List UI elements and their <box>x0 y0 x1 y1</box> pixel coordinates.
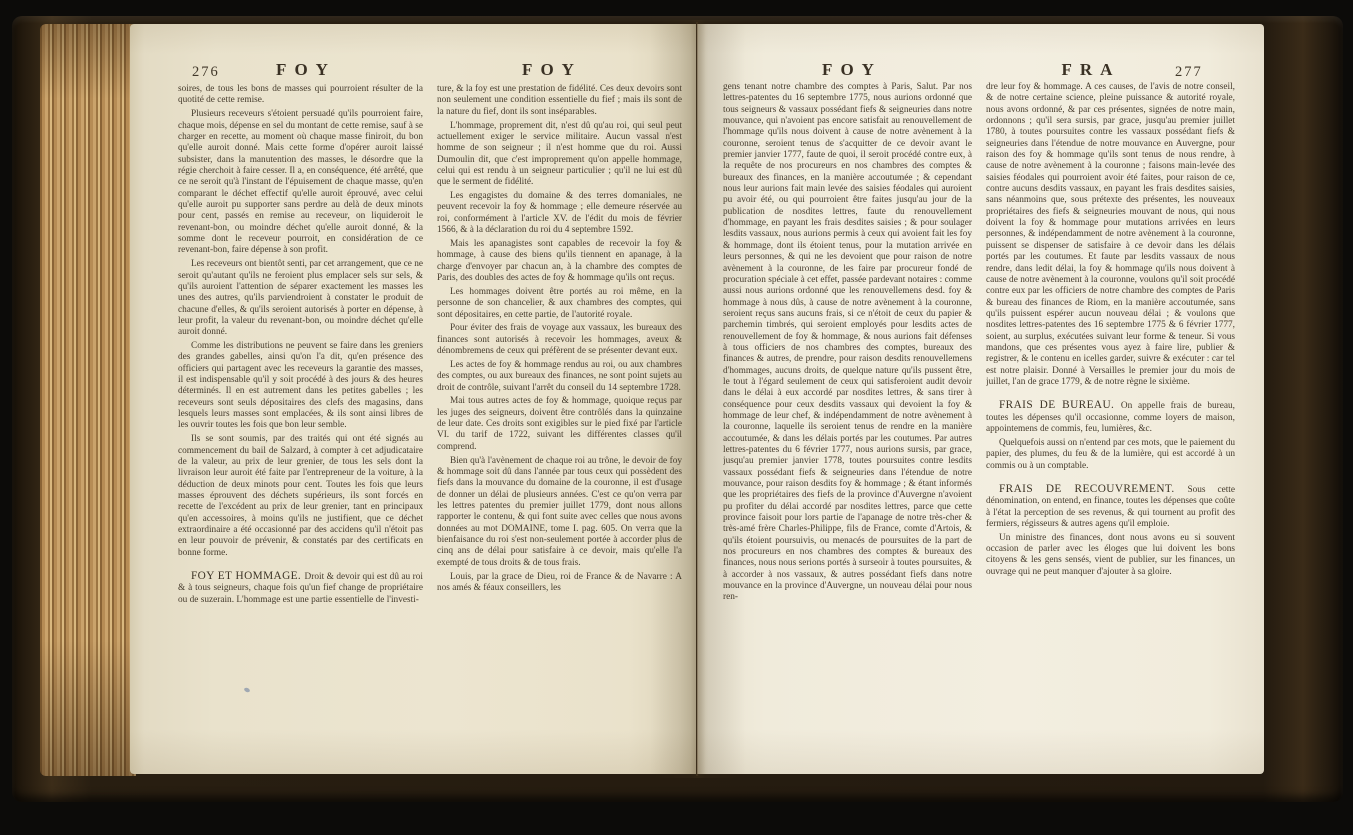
paragraph: ture, & la foy est une prestation de fid… <box>437 84 682 118</box>
paragraph: soires, de tous les bons de masses qui p… <box>178 84 423 107</box>
entry-paragraph: FRAIS DE BUREAU. On appelle frais de bur… <box>986 400 1235 435</box>
paragraph: gens tenant notre chambre des comptes à … <box>723 82 972 604</box>
paragraph: dre leur foy & hommage. A ces causes, de… <box>986 82 1235 388</box>
paragraph: Quelquefois aussi on n'entend par ces mo… <box>986 438 1235 472</box>
paragraph: Mais les apanagistes sont capables de re… <box>437 239 682 284</box>
right-page: FOY FRA 277 gens tenant notre chambre de… <box>697 24 1264 774</box>
left-page-edges <box>40 24 136 776</box>
paragraph: L'hommage, proprement dit, n'est dû qu'a… <box>437 121 682 189</box>
running-head-left-2: FOY <box>522 60 582 80</box>
text-column: gens tenant notre chambre des comptes à … <box>723 82 972 750</box>
photograph-background: { "book": { "left_page": { "page_number"… <box>0 0 1353 835</box>
left-page: 276 FOY FOY soires, de tous les bons de … <box>130 24 696 774</box>
running-head-left-1: FOY <box>276 60 336 80</box>
running-head-right-2: FRA <box>1062 60 1121 80</box>
entry-paragraph: FRAIS DE RECOUVREMENT. Sous cette dénomi… <box>986 484 1235 530</box>
paragraph: Bien qu'à l'avènement de chaque roi au t… <box>437 456 682 569</box>
paragraph: Mai tous autres actes de foy & hommage, … <box>437 396 682 453</box>
paragraph: Les hommages doivent être portés au roi … <box>437 287 682 321</box>
right-page-edges <box>1264 34 1326 778</box>
page-number-right: 277 <box>1175 64 1203 81</box>
left-page-columns: soires, de tous les bons de masses qui p… <box>178 84 682 746</box>
text-column: ture, & la foy est une prestation de fid… <box>437 84 682 746</box>
paragraph: Pour éviter des frais de voyage aux vass… <box>437 323 682 357</box>
paragraph: Les engagistes du domaine & des terres d… <box>437 191 682 236</box>
entry-term: FOY ET HOMMAGE. <box>191 570 305 582</box>
paragraph: Ils se sont soumis, par des traités qui … <box>178 434 423 559</box>
entry-paragraph: FOY ET HOMMAGE. Droit & devoir qui est d… <box>178 571 423 606</box>
entry-term: FRAIS DE RECOUVREMENT. <box>999 483 1187 495</box>
text-column: dre leur foy & hommage. A ces causes, de… <box>986 82 1235 750</box>
paragraph: Plusieurs receveurs s'étoient persuadé q… <box>178 109 423 256</box>
paragraph: Louis, par la grace de Dieu, roi de Fran… <box>437 572 682 595</box>
entry-term: FRAIS DE BUREAU. <box>999 399 1121 411</box>
running-head-right-1: FOY <box>822 60 882 80</box>
page-number-left: 276 <box>192 64 220 81</box>
right-page-columns: gens tenant notre chambre des comptes à … <box>723 82 1235 750</box>
paragraph: Les actes de foy & hommage rendus au roi… <box>437 360 682 394</box>
text-column: soires, de tous les bons de masses qui p… <box>178 84 423 746</box>
paragraph: Un ministre des finances, dont nous avon… <box>986 533 1235 578</box>
paragraph: Les receveurs ont bientôt senti, par cet… <box>178 259 423 338</box>
paragraph: Comme les distributions ne peuvent se fa… <box>178 341 423 432</box>
